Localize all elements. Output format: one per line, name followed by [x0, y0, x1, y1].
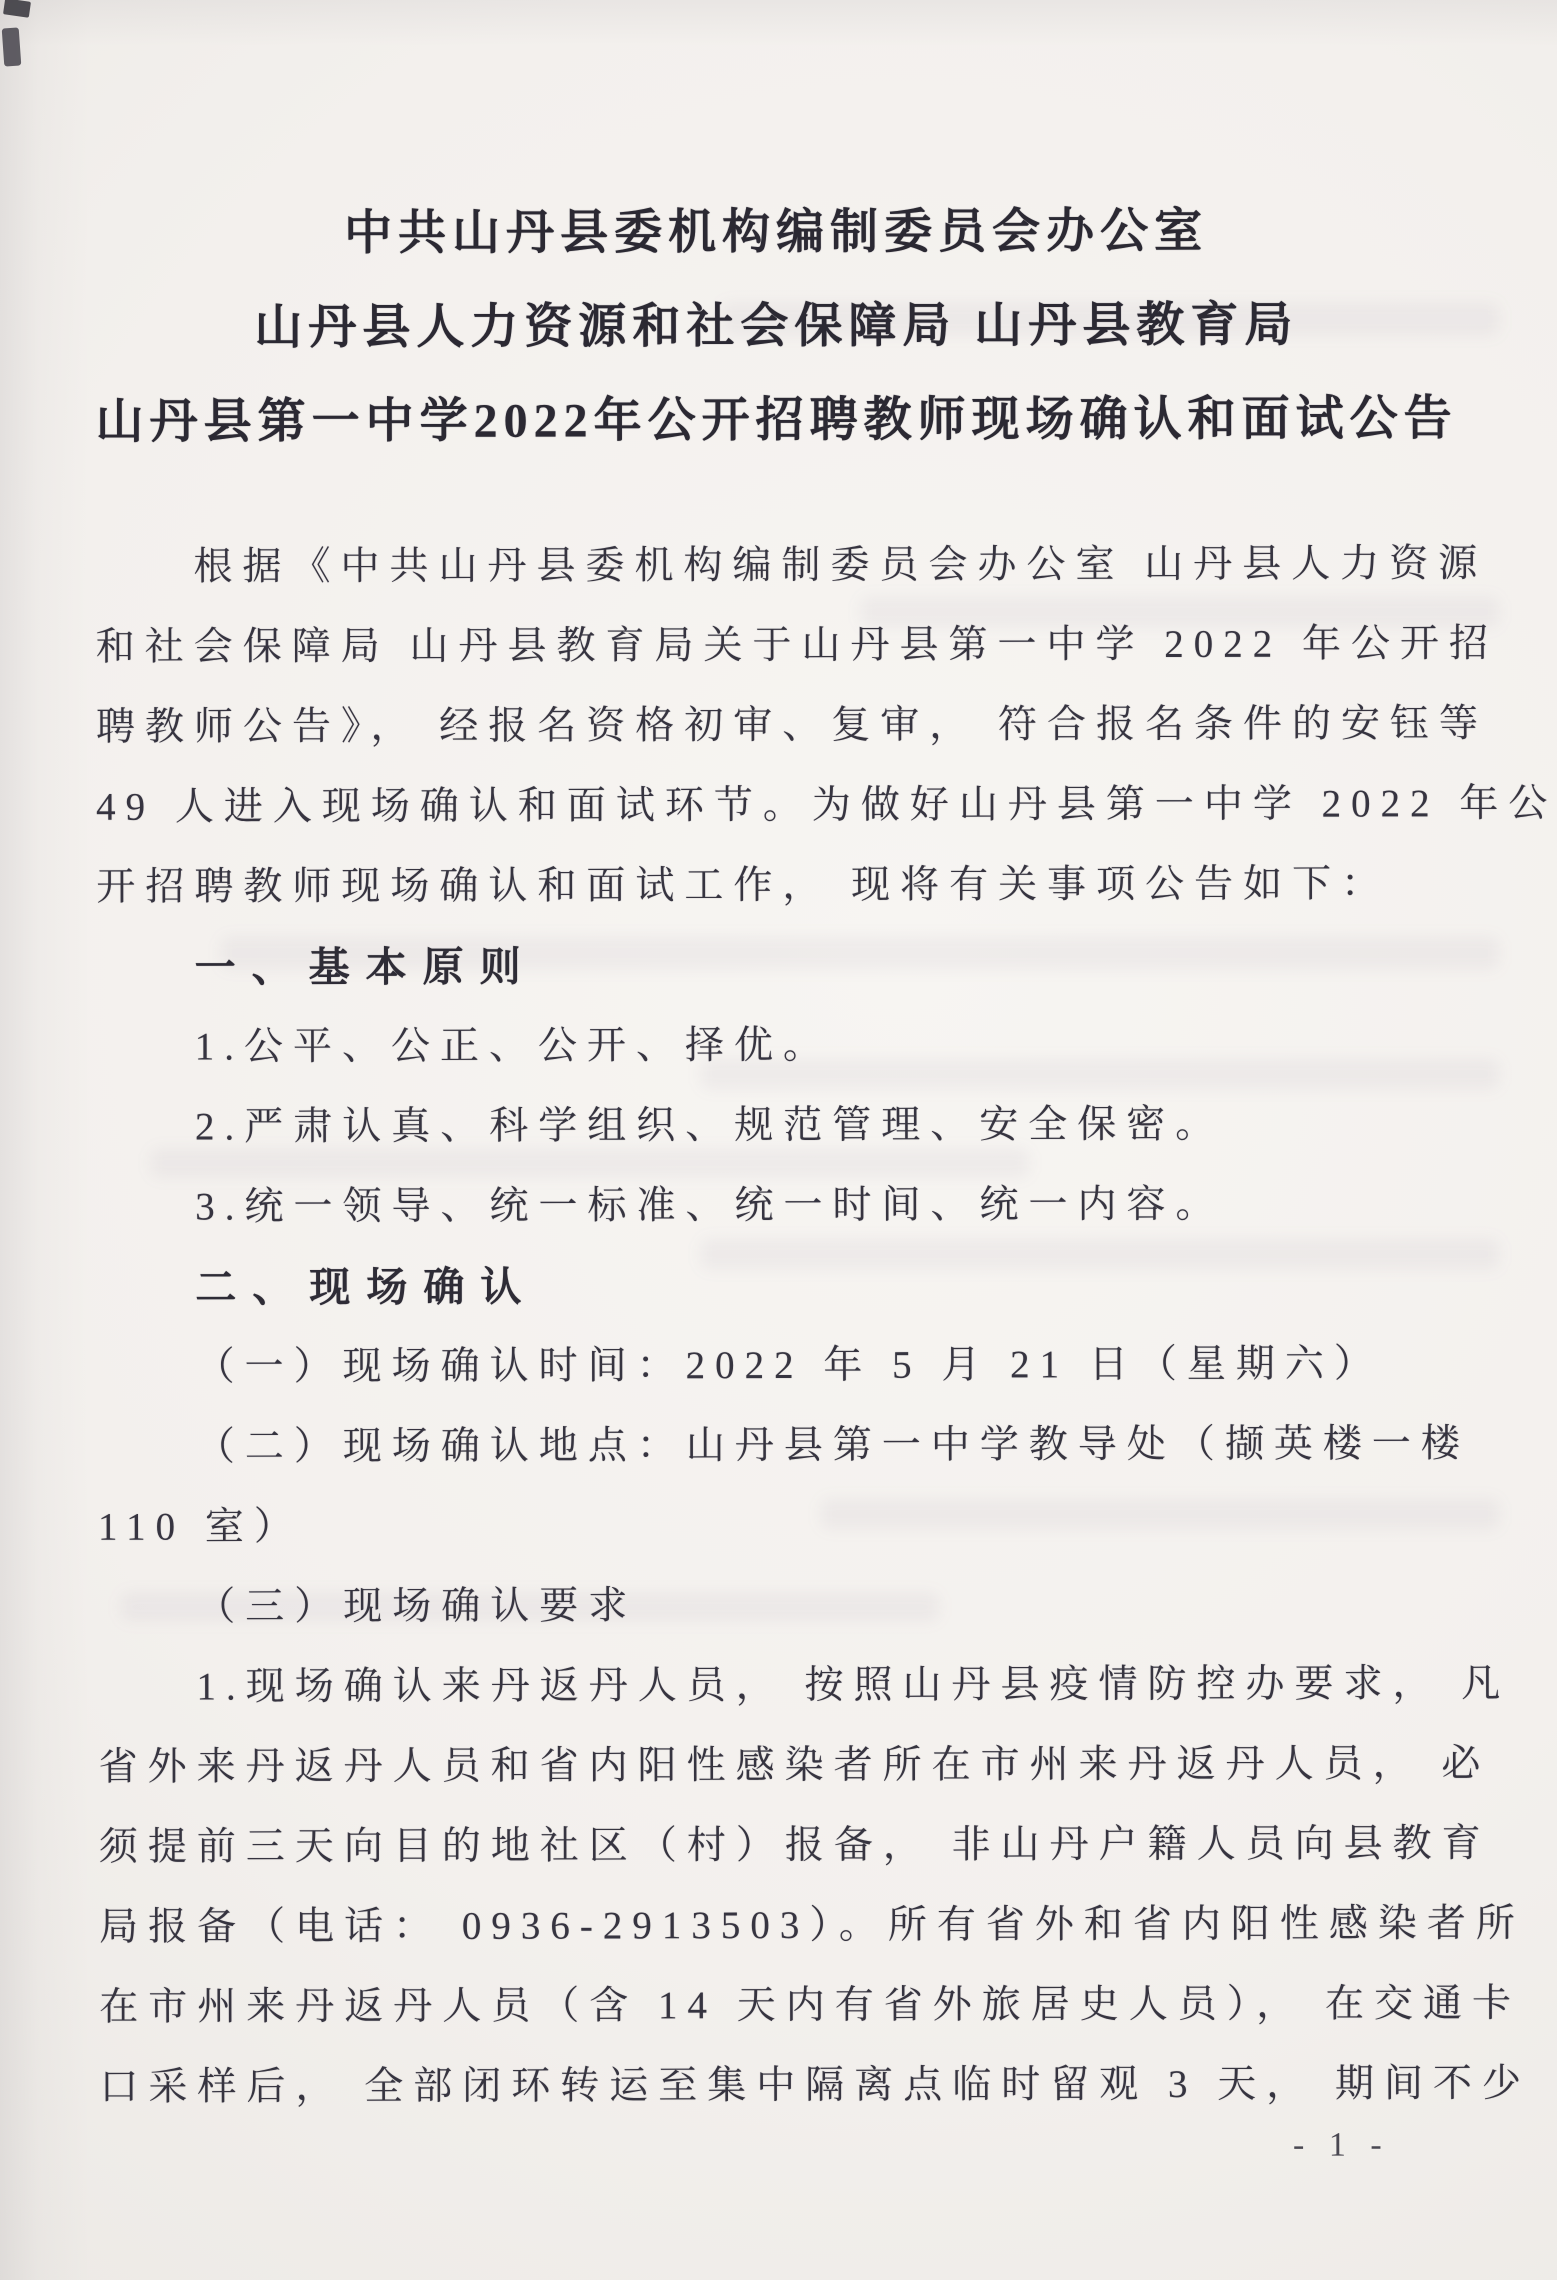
section-heading: 二、现场确认: [97, 1244, 1477, 1328]
body-line: 聘教师公告》， 经报名资格初审、复审， 符合报名条件的安钰等: [96, 684, 1476, 768]
body-line: 49 人进入现场确认和面试环节。为做好山丹县第一中学 2022 年公: [96, 764, 1476, 848]
body-line: 局报备（电话： 0936-2913503）。所有省外和省内阳性感染者所: [99, 1884, 1479, 1968]
body-line: 根据《中共山丹县委机构编制委员会办公室 山丹县人力资源: [95, 524, 1475, 608]
title-line: 山丹县第一中学2022年公开招聘教师现场确认和面试公告: [0, 372, 1555, 470]
body-line: 开招聘教师现场确认和面试工作， 现将有关事项公告如下：: [96, 844, 1476, 928]
body-line: 在市州来丹返丹人员（含 14 天内有省外旅居史人员）， 在交通卡: [99, 1964, 1479, 2048]
body-line: 须提前三天向目的地社区（村）报备， 非山丹户籍人员向县教育: [99, 1804, 1479, 1888]
document-title: 中共山丹县委机构编制委员会办公室 山丹县人力资源和社会保障局 山丹县教育局 山丹…: [0, 0, 1555, 470]
document-body: 根据《中共山丹县委机构编制委员会办公室 山丹县人力资源 和社会保障局 山丹县教育…: [95, 524, 1479, 2128]
title-line: 山丹县人力资源和社会保障局 山丹县教育局: [0, 278, 1555, 376]
page-number: - 1 -: [1293, 2126, 1390, 2164]
document-content: 中共山丹县委机构编制委员会办公室 山丹县人力资源和社会保障局 山丹县教育局 山丹…: [0, 0, 1557, 2280]
body-line: 110 室）: [98, 1484, 1478, 1568]
title-line: 中共山丹县委机构编制委员会办公室: [0, 184, 1555, 282]
body-line: 和社会保障局 山丹县教育局关于山丹县第一中学 2022 年公开招: [96, 604, 1476, 688]
body-line: 1.公平、公正、公开、择优。: [97, 1004, 1477, 1088]
body-line: （一）现场确认时间：2022 年 5 月 21 日（星期六）: [97, 1324, 1477, 1408]
body-line: 2.严肃认真、科学组织、规范管理、安全保密。: [97, 1084, 1477, 1168]
body-line: 省外来丹返丹人员和省内阳性感染者所在市州来丹返丹人员， 必: [99, 1724, 1479, 1808]
body-line: 1.现场确认来丹返丹人员， 按照山丹县疫情防控办要求， 凡: [98, 1644, 1478, 1728]
body-line: （二）现场确认地点：山丹县第一中学教导处（撷英楼一楼: [98, 1404, 1478, 1488]
body-line: （三）现场确认要求: [98, 1564, 1478, 1648]
body-line: 3.统一领导、统一标准、统一时间、统一内容。: [97, 1164, 1477, 1248]
section-heading: 一、基本原则: [96, 924, 1476, 1008]
scanned-document-page: 中共山丹县委机构编制委员会办公室 山丹县人力资源和社会保障局 山丹县教育局 山丹…: [0, 0, 1557, 2280]
body-line: 口采样后， 全部闭环转运至集中隔离点临时留观 3 天， 期间不少: [99, 2044, 1479, 2128]
